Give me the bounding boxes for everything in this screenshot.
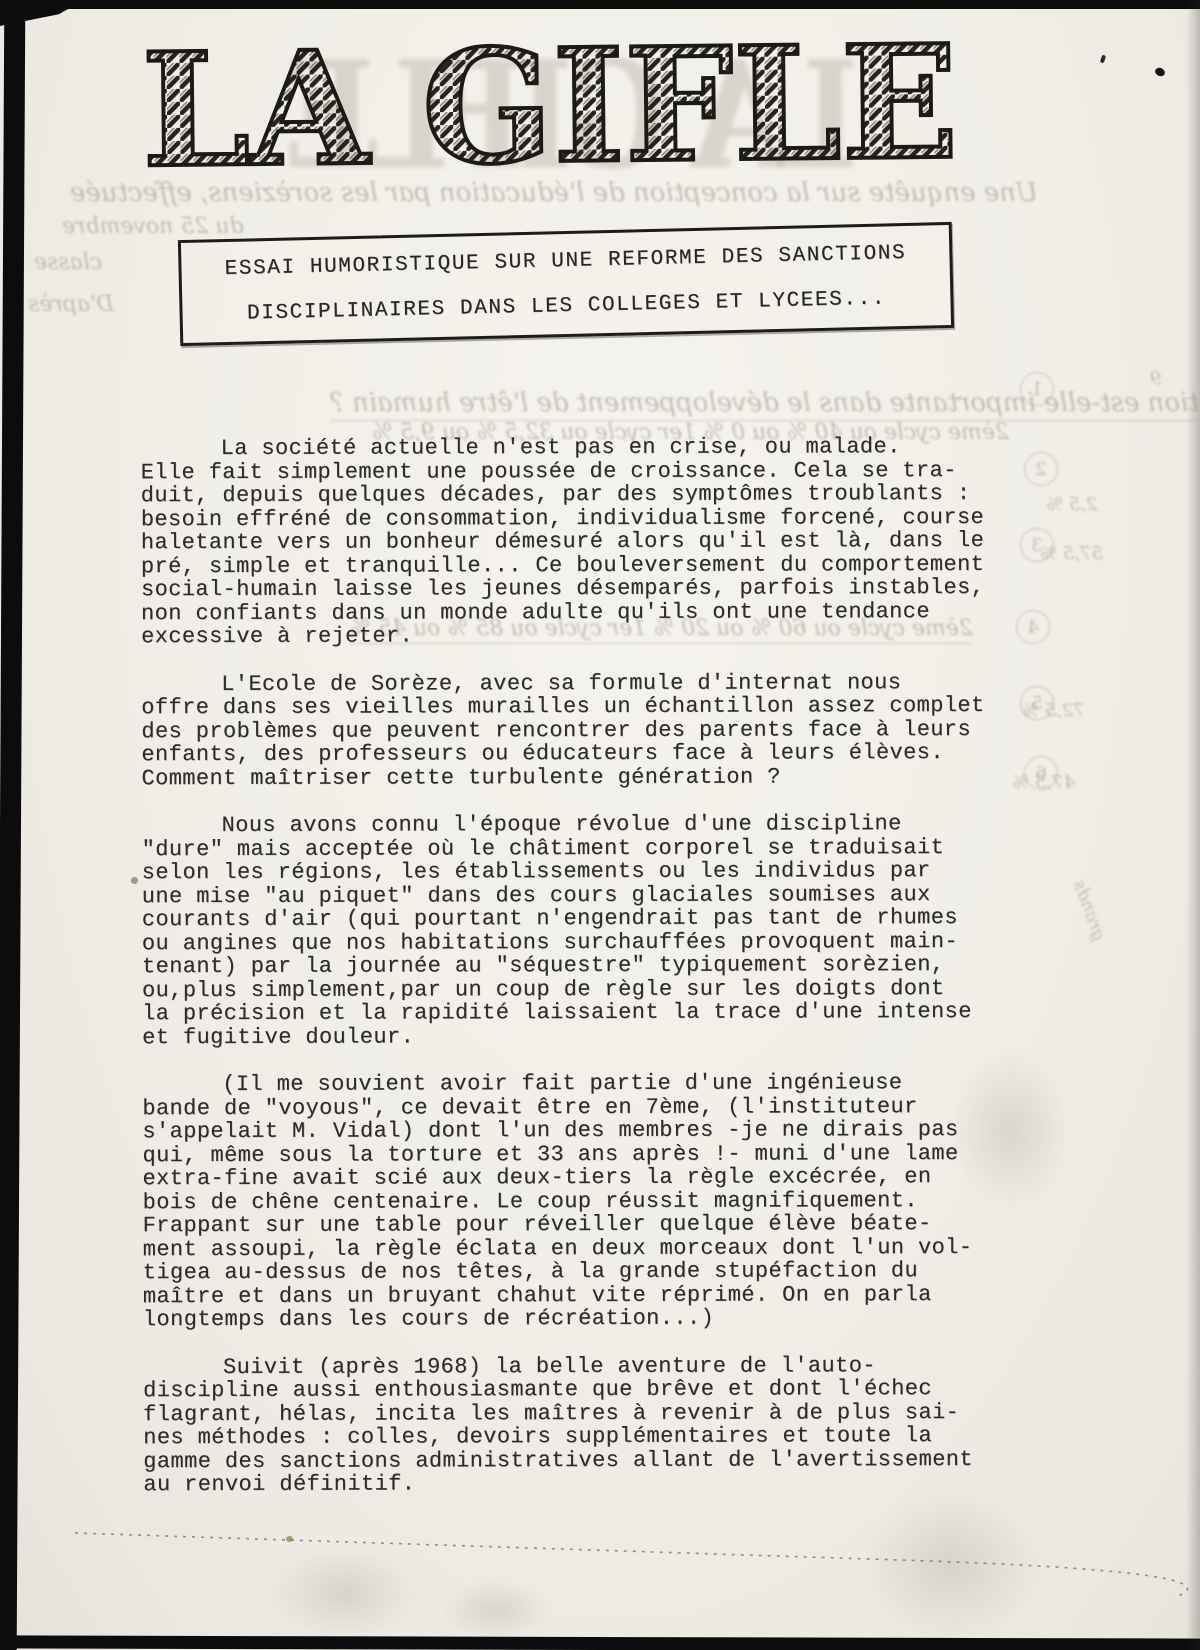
title-art: LA GIFLE bbox=[128, 20, 972, 195]
bleedthrough-handwriting: D'après bbox=[28, 292, 114, 317]
bleedthrough-handwriting: 2,5 % bbox=[1046, 494, 1097, 515]
bleedthrough-sketch bbox=[440, 1580, 550, 1640]
scanned-page: LA GIFLE Une enquête sur la conception d… bbox=[0, 0, 1200, 1650]
ink-speck bbox=[1154, 66, 1166, 77]
bleedthrough-handwriting: 9 bbox=[1150, 368, 1161, 389]
ink-speck bbox=[1100, 55, 1106, 64]
bleedthrough-handwriting: grands bbox=[1069, 877, 1110, 944]
scanner-edge-top bbox=[0, 0, 1200, 9]
ink-speck bbox=[131, 877, 138, 884]
paragraph-2: L'Ecole de Sorèze, avec sa formule d'int… bbox=[141, 670, 1051, 790]
subtitle-line-1: ESSAI HUMORISTIQUE SUR UNE REFORME DES S… bbox=[224, 242, 906, 281]
bleedthrough-handwriting: classe bbox=[34, 250, 102, 275]
paragraph-1: La société actuelle n'est pas en crise, … bbox=[141, 435, 1052, 649]
bleedthrough-handwriting: L'éducation est-elle importante dans le … bbox=[330, 388, 1200, 421]
paragraph-5: Suivit (après 1968) la belle aventure de… bbox=[143, 1353, 1053, 1496]
scanner-edge-bottom bbox=[0, 1635, 1200, 1650]
scanner-edge-right bbox=[1186, 0, 1200, 1650]
bleedthrough-handwriting: du 25 novembre bbox=[62, 214, 244, 239]
scanner-edge-left bbox=[0, 0, 25, 1650]
paragraph-3: Nous avons connu l'époque révolue d'une … bbox=[142, 812, 1053, 1049]
page-title: LA GIFLE bbox=[141, 20, 959, 195]
bleedthrough-sketch bbox=[270, 1548, 420, 1638]
subtitle-line-2: DISCIPLINAIRES DANS LES COLLEGES ET LYCE… bbox=[247, 287, 886, 325]
paragraph-4: (Il me souvient avoir fait partie d'une … bbox=[142, 1071, 1053, 1332]
essay-body: La société actuelle n'est pas en crise, … bbox=[141, 435, 1054, 1521]
bleedthrough-circled-number: 1 bbox=[1020, 372, 1054, 406]
subtitle-box: ESSAI HUMORISTIQUE SUR UNE REFORME DES S… bbox=[178, 222, 954, 346]
ink-speck bbox=[286, 1536, 293, 1542]
